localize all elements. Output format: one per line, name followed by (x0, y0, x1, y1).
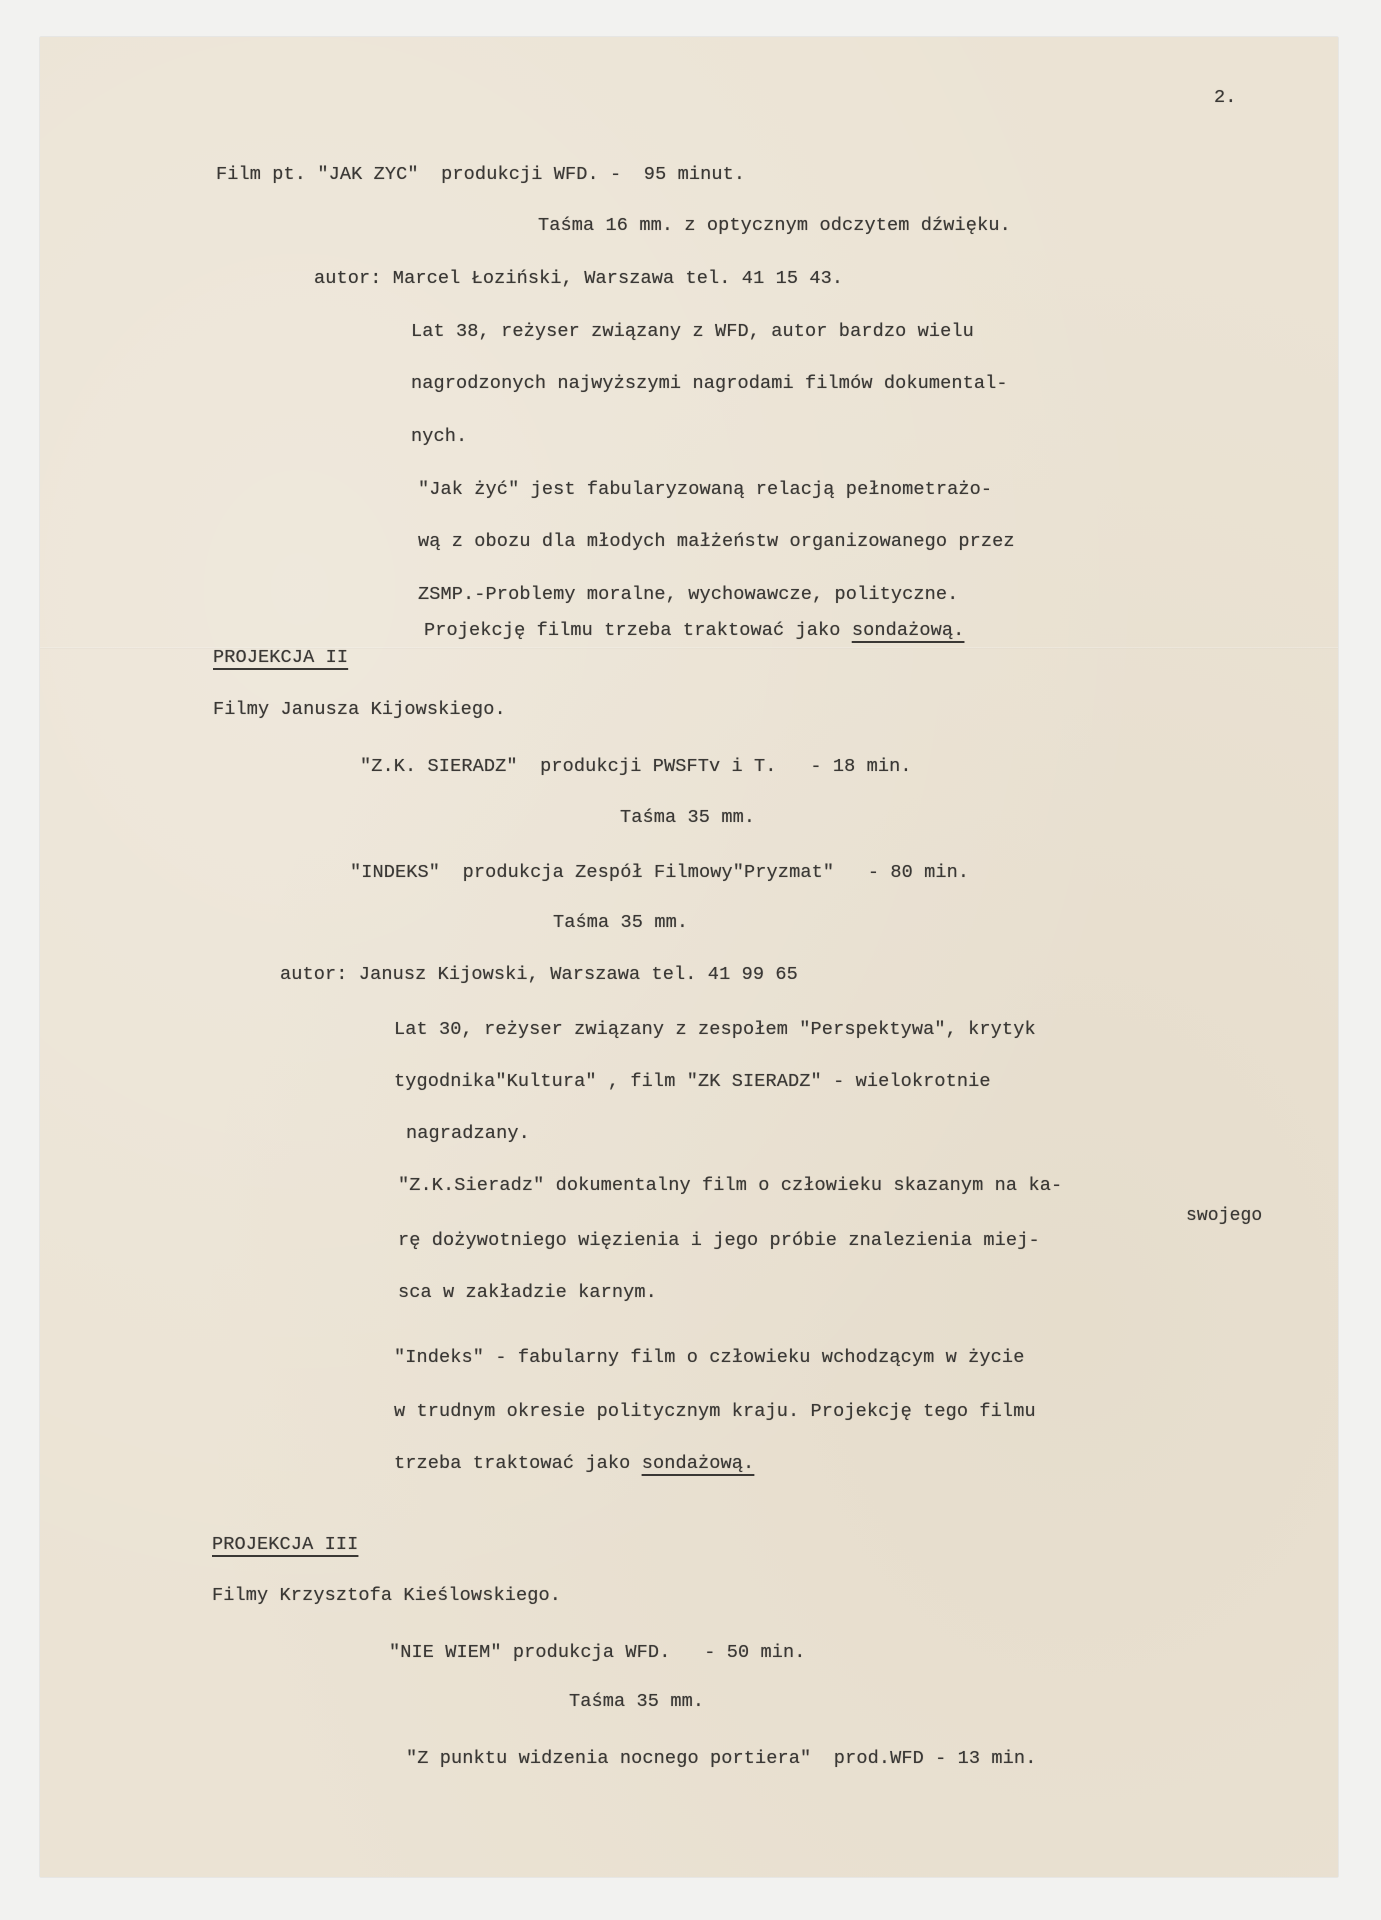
screening-note-emphasis: sondażową. (852, 620, 965, 641)
film-description-line: rę dożywotniego więzienia i jego próbie … (398, 1231, 1040, 1251)
film-tape-spec: Taśma 35 mm. (553, 913, 688, 933)
author-bio-line: nagrodzonych najwyższymi nagrodami filmó… (411, 374, 1008, 394)
author-bio-line: nych. (411, 427, 467, 447)
film-description-line: "Jak żyć" jest fabularyzowaną relacją pe… (418, 480, 992, 500)
section-heading-projekcja-2: PROJEKCJA II (213, 648, 348, 668)
film-title-line: Film pt. "JAK ZYC" produkcji WFD. - 95 m… (216, 165, 745, 185)
film-description-line: wą z obozu dla młodych małżeństw organiz… (418, 532, 1015, 552)
film-author: autor: Marcel Łoziński, Warszawa tel. 41… (314, 269, 843, 289)
film-title-line: "Z.K. SIERADZ" produkcji PWSFTv i T. - 1… (360, 757, 912, 777)
film-title-line: "NIE WIEM" produkcja WFD. - 50 min. (389, 1643, 806, 1663)
screening-note-emphasis: sondażową. (642, 1453, 755, 1474)
author-bio-line: tygodnika"Kultura" , film "ZK SIERADZ" -… (394, 1072, 991, 1092)
film-tape-spec: Taśma 35 mm. (569, 1692, 704, 1712)
author-bio-line: Lat 38, reżyser związany z WFD, autor ba… (411, 322, 974, 342)
film-title-line: "Z punktu widzenia nocnego portiera" pro… (406, 1749, 1036, 1769)
film-title-line: "INDEKS" produkcja Zespół Filmowy"Pryzma… (350, 863, 969, 883)
film-author: autor: Janusz Kijowski, Warszawa tel. 41… (280, 965, 798, 985)
section-heading-projekcja-3: PROJEKCJA III (212, 1535, 358, 1555)
author-bio-line: nagradzany. (406, 1124, 530, 1144)
author-bio-line: Lat 30, reżyser związany z zespołem "Per… (394, 1020, 1036, 1040)
director-line: Filmy Janusza Kijowskiego. (213, 700, 506, 720)
film-description-line: w trudnym okresie politycznym kraju. Pro… (394, 1402, 1036, 1422)
screening-note: Projekcję filmu trzeba traktować jako so… (424, 621, 964, 641)
screening-note-text: Projekcję filmu trzeba traktować jako (424, 620, 852, 641)
director-line: Filmy Krzysztofa Kieślowskiego. (212, 1586, 561, 1606)
typed-insertion: swojego (1186, 1206, 1262, 1226)
screening-note-text: trzeba traktować jako (394, 1453, 642, 1474)
screening-note: trzeba traktować jako sondażową. (394, 1454, 754, 1474)
film-description-line: "Indeks" - fabularny film o człowieku wc… (394, 1348, 1024, 1368)
film-tape-spec: Taśma 35 mm. (620, 808, 755, 828)
film-description-line: sca w zakładzie karnym. (398, 1283, 657, 1303)
film-description-line: ZSMP.-Problemy moralne, wychowawcze, pol… (418, 585, 958, 605)
film-tape-spec: Taśma 16 mm. z optycznym odczytem dźwięk… (538, 216, 1011, 236)
page-number: 2. (1214, 88, 1237, 108)
film-description-line: "Z.K.Sieradz" dokumentalny film o człowi… (398, 1176, 1062, 1196)
